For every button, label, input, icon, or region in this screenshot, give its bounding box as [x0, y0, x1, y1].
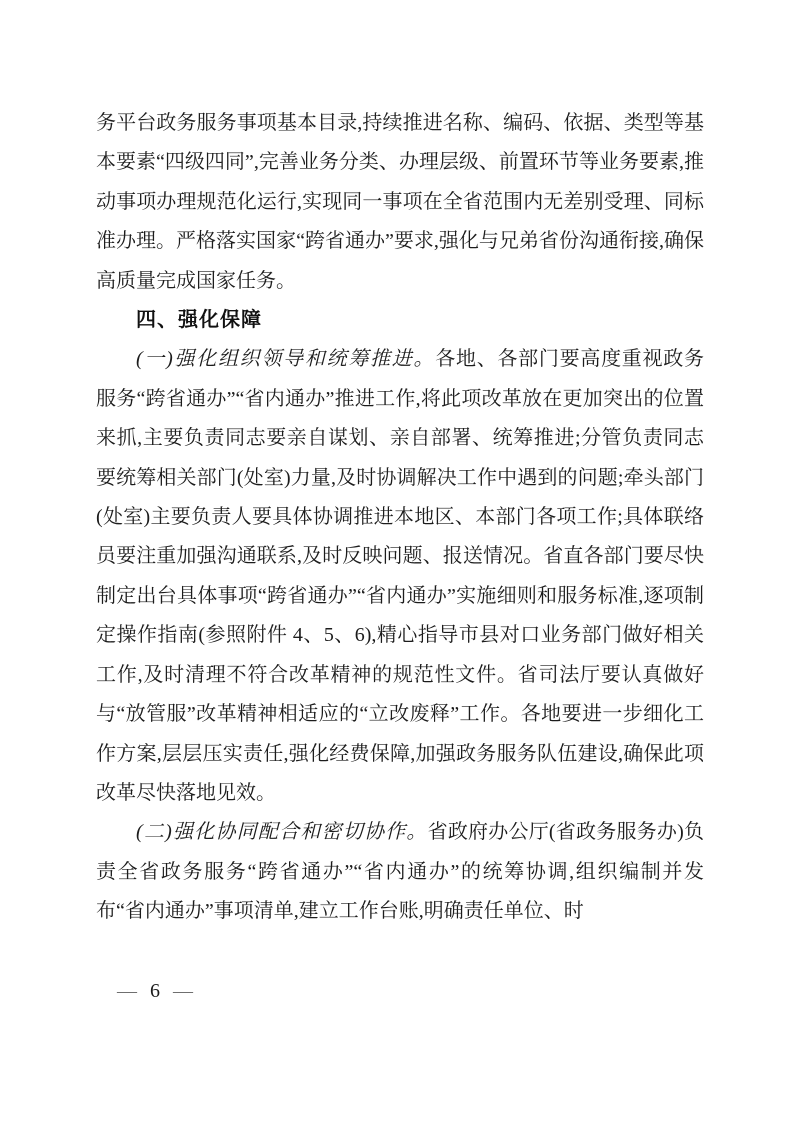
paragraph: (二)强化协同配合和密切协作。省政府办公厅(省政务服务办)负责全省政务服务“跨省… — [96, 813, 704, 931]
section-heading: 四、强化保障 — [96, 301, 704, 340]
paragraph-lead: (一)强化组织领导和统筹推进。 — [136, 348, 435, 370]
footer-dash-right: — — [173, 980, 193, 1002]
paragraph: 务平台政务服务事项基本目录,持续推进名称、编码、依据、类型等基本要素“四级四同”… — [96, 104, 704, 301]
page-footer: —6— — [117, 980, 193, 1003]
paragraph: (一)强化组织领导和统筹推进。各地、各部门要高度重视政务服务“跨省通办”“省内通… — [96, 340, 704, 813]
paragraph-text: 各地、各部门要高度重视政务服务“跨省通办”“省内通办”推进工作,将此项改革放在更… — [96, 348, 704, 803]
paragraph-lead: (二)强化协同配合和密切协作。 — [136, 821, 428, 843]
document-page: 务平台政务服务事项基本目录,持续推进名称、编码、依据、类型等基本要素“四级四同”… — [0, 0, 793, 1122]
footer-dash-left: — — [117, 980, 137, 1002]
page-number: 6 — [150, 980, 160, 1003]
document-body: 务平台政务服务事项基本目录,持续推进名称、编码、依据、类型等基本要素“四级四同”… — [96, 104, 704, 932]
